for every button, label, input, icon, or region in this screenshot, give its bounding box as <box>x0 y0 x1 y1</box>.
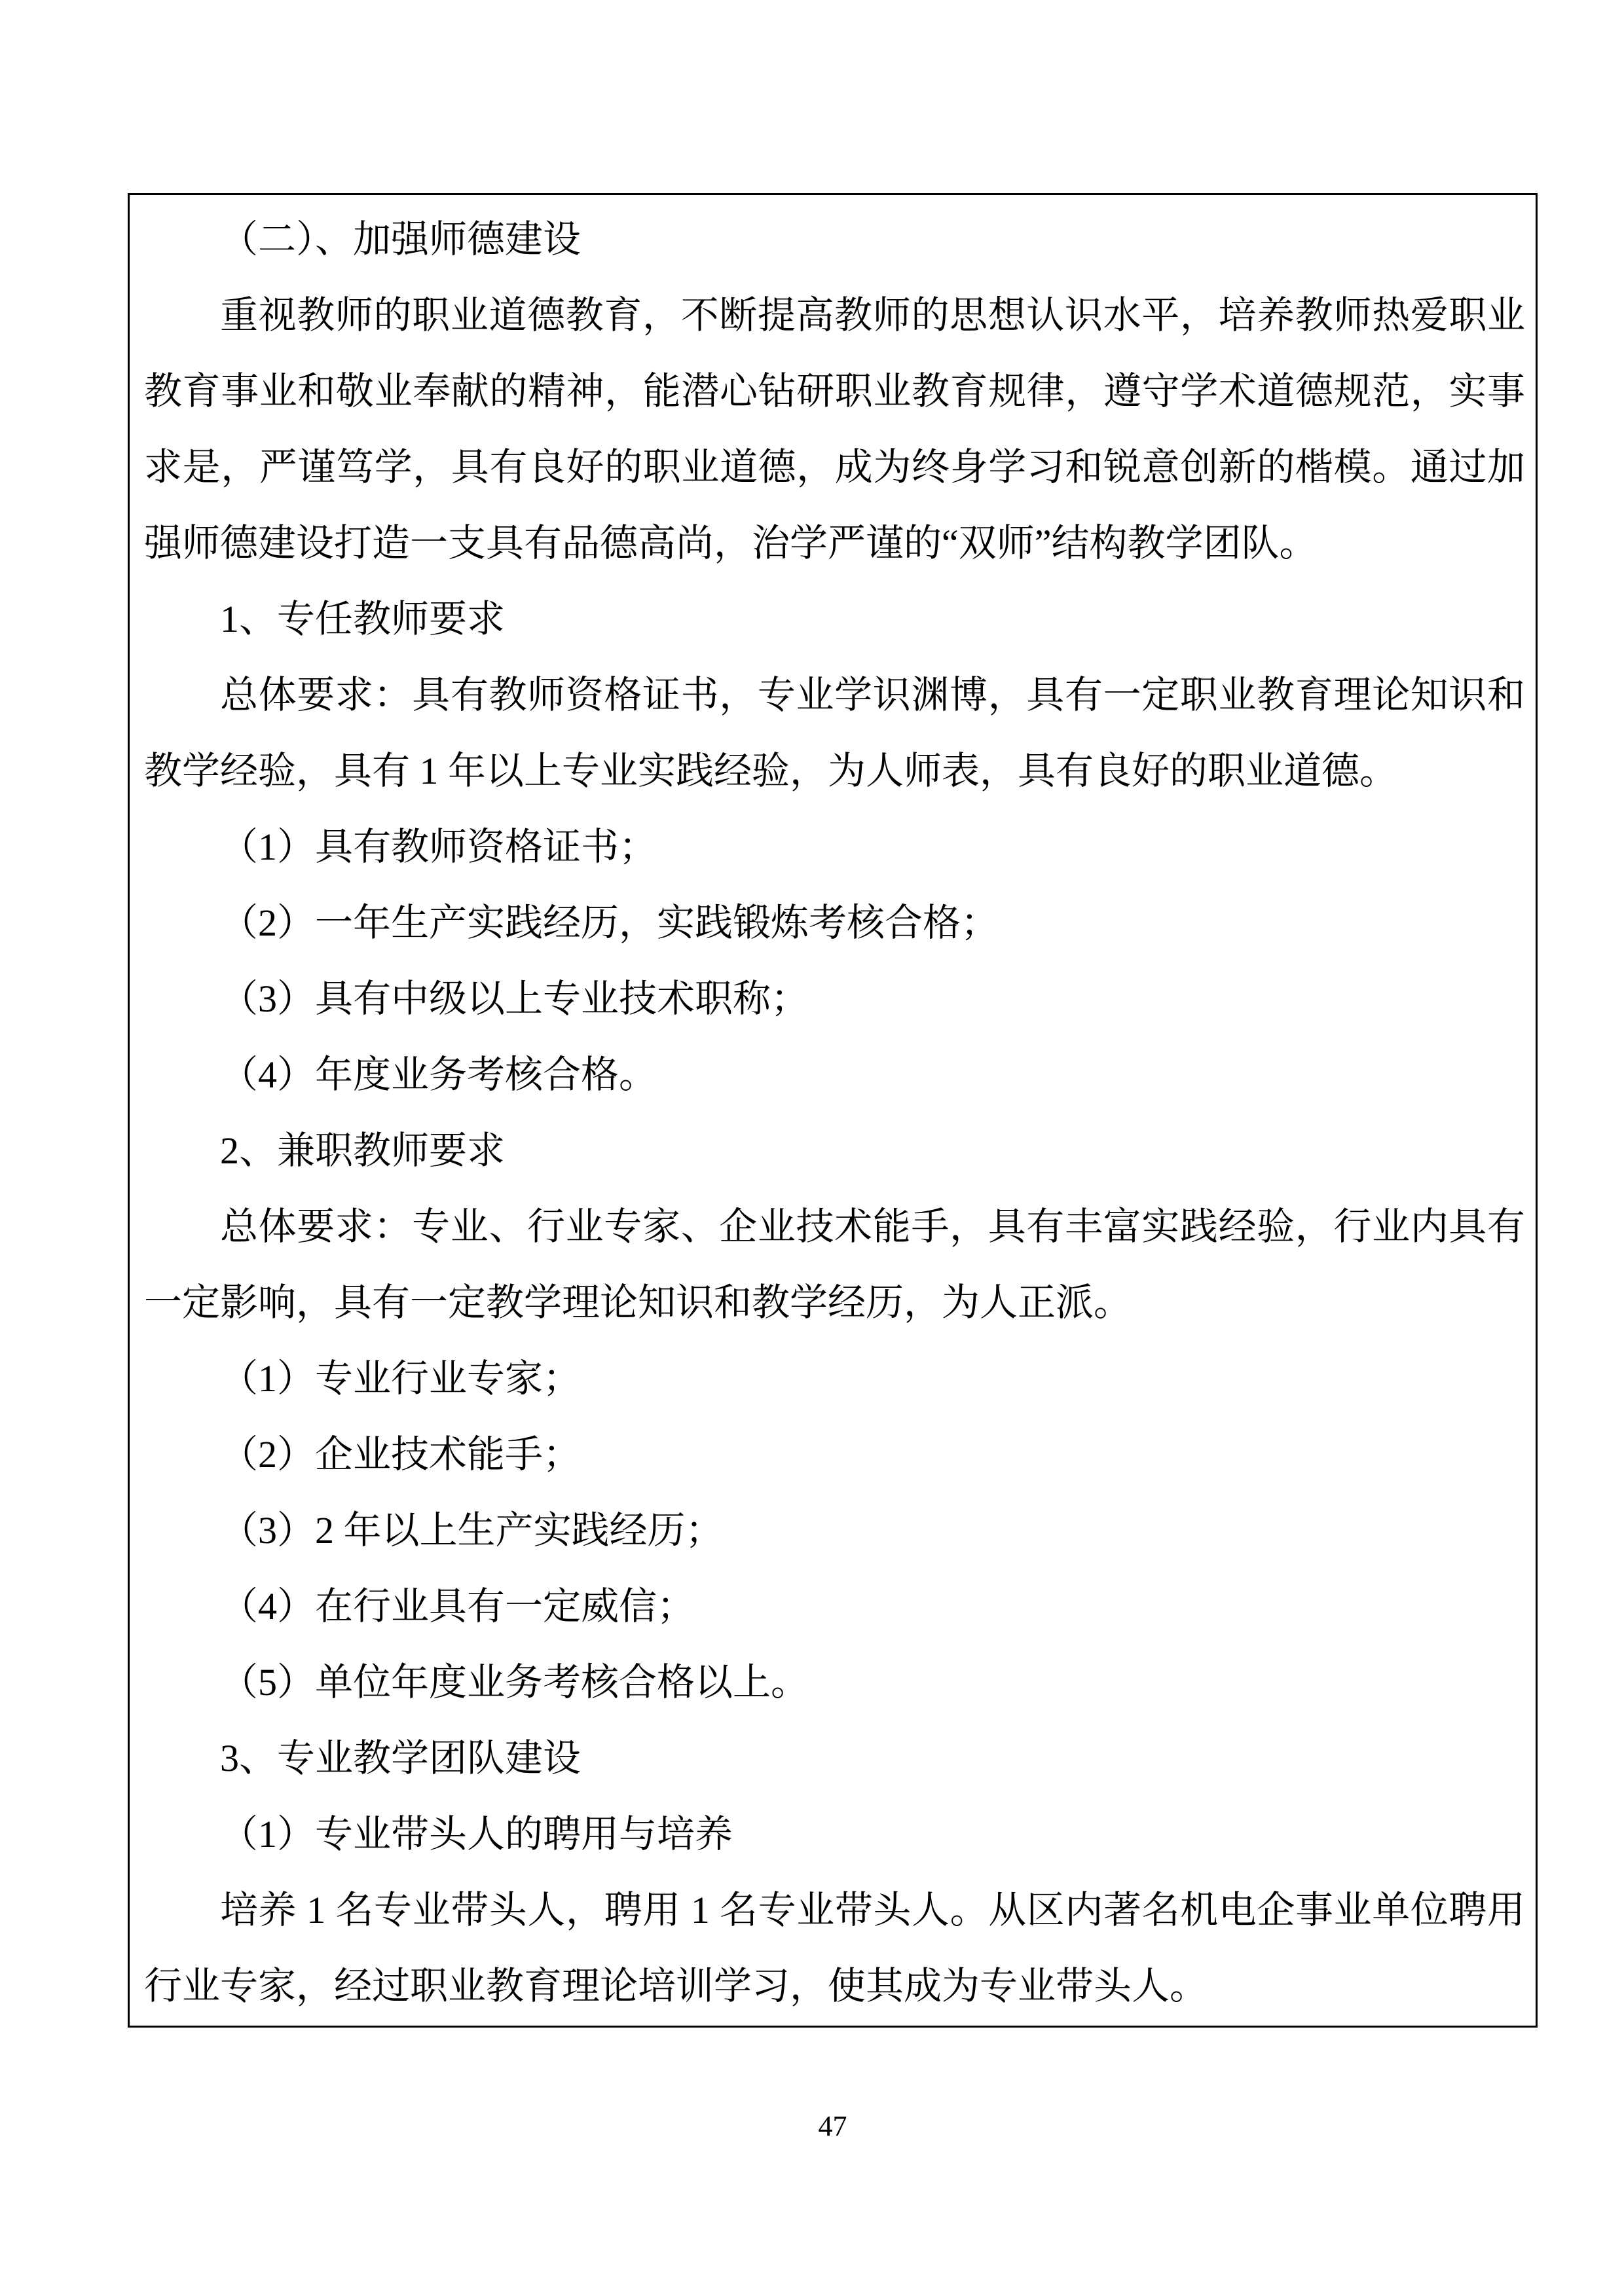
document-page: （二）、加强师德建设重视教师的职业道德教育，不断提高教师的思想认识水平，培养教师… <box>0 0 1624 2296</box>
text-line: （1）专业带头人的聘用与培养 <box>144 1796 1525 1872</box>
text-line: 一定影响，具有一定教学理论知识和教学经历，为人正派。 <box>144 1265 1525 1341</box>
content-border-box: （二）、加强师德建设重视教师的职业道德教育，不断提高教师的思想认识水平，培养教师… <box>128 193 1538 2028</box>
document-body: （二）、加强师德建设重视教师的职业道德教育，不断提高教师的思想认识水平，培养教师… <box>144 202 1525 2024</box>
text-line: （3）2 年以上生产实践经历； <box>144 1493 1525 1569</box>
text-line: 总体要求：具有教师资格证书，专业学识渊博，具有一定职业教育理论知识和 <box>144 657 1525 733</box>
page-number: 47 <box>128 2108 1538 2145</box>
text-line: （二）、加强师德建设 <box>144 202 1525 278</box>
text-line: 教育事业和敬业奉献的精神，能潜心钻研职业教育规律，遵守学术道德规范，实事 <box>144 354 1525 429</box>
text-line: 重视教师的职业道德教育，不断提高教师的思想认识水平，培养教师热爱职业 <box>144 278 1525 354</box>
text-line: 1、专任教师要求 <box>144 581 1525 657</box>
text-line: 培养 1 名专业带头人，聘用 1 名专业带头人。从区内著名机电企事业单位聘用 <box>144 1872 1525 1948</box>
text-line: 2、兼职教师要求 <box>144 1113 1525 1189</box>
text-line: （3）具有中级以上专业技术职称； <box>144 961 1525 1037</box>
text-line: 总体要求：专业、行业专家、企业技术能手，具有丰富实践经验，行业内具有 <box>144 1189 1525 1265</box>
text-line: （1）专业行业专家； <box>144 1341 1525 1417</box>
text-line: 强师德建设打造一支具有品德高尚，治学严谨的“双师”结构教学团队。 <box>144 505 1525 581</box>
text-line: （5）单位年度业务考核合格以上。 <box>144 1645 1525 1721</box>
text-line: （4）在行业具有一定威信； <box>144 1569 1525 1645</box>
text-line: （4）年度业务考核合格。 <box>144 1037 1525 1113</box>
text-line: （2）企业技术能手； <box>144 1417 1525 1493</box>
text-line: （1）具有教师资格证书； <box>144 809 1525 885</box>
text-line: 求是，严谨笃学，具有良好的职业道德，成为终身学习和锐意创新的楷模。通过加 <box>144 429 1525 505</box>
text-line: （2）一年生产实践经历，实践锻炼考核合格； <box>144 885 1525 961</box>
text-line: 行业专家，经过职业教育理论培训学习，使其成为专业带头人。 <box>144 1948 1525 2024</box>
text-line: 教学经验，具有 1 年以上专业实践经验，为人师表，具有良好的职业道德。 <box>144 733 1525 809</box>
text-line: 3、专业教学团队建设 <box>144 1721 1525 1796</box>
